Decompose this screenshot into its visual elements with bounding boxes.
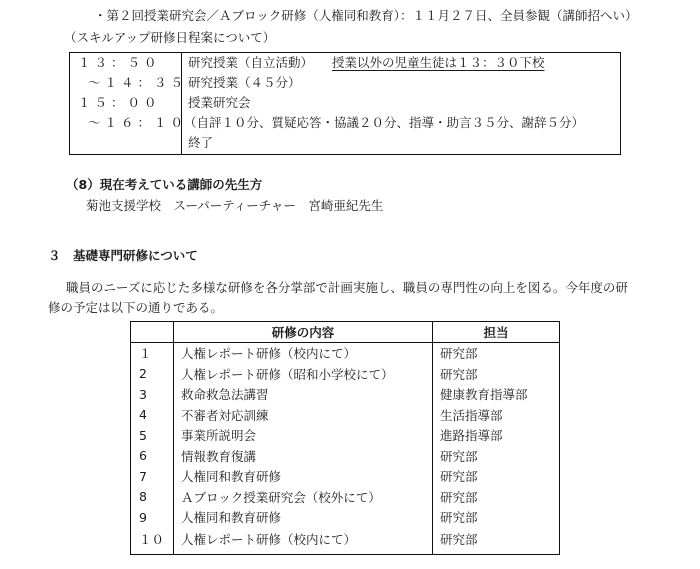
table-row: 7 人権同和教育研修 研究部 [131, 466, 560, 487]
schedule-time: ～１４：３５ [88, 77, 187, 90]
table-row: １ 人権レポート研修（校内にて） 研究部 [131, 343, 560, 364]
table-row: 9 人権同和教育研修 研究部 [131, 507, 560, 528]
row-content: 人権同和教育研修 [174, 507, 433, 528]
section-paragraph: 修の予定は以下の通りである。 [48, 302, 223, 315]
schedule-table: １３：５０ ～１４：３５ １５：００ ～１６：１０ 研究授業（自立活動） 授業以… [69, 52, 621, 155]
row-number: １ [131, 343, 174, 364]
row-content: 人権レポート研修（校内にて） [174, 528, 433, 555]
table-row: 3 救命救急法講習 健康教育指導部 [131, 384, 560, 405]
row-number: 7 [131, 466, 174, 487]
section-heading: ３ 基礎専門研修について [48, 250, 198, 263]
row-number: 6 [131, 446, 174, 467]
row-number: １０ [131, 528, 174, 555]
row-department: 研究部 [433, 343, 560, 364]
table-row: 5 事業所説明会 進路指導部 [131, 425, 560, 446]
row-department: 研究部 [433, 466, 560, 487]
section-paragraph: 職員のニーズに応じた多様な研修を各分掌部で計画実施し、職員の専門性の向上を図る。… [66, 282, 628, 295]
header-content: 研修の内容 [174, 322, 433, 343]
lecturer-heading: （8）現在考えている講師の先生方 [66, 179, 262, 192]
row-department: 研究部 [433, 487, 560, 508]
row-department: 健康教育指導部 [433, 384, 560, 405]
row-department: 研究部 [433, 528, 560, 555]
schedule-activity: （自評１０分、質疑応答・協議２０分、指導・助言３５分、謝辞５分） [184, 117, 584, 130]
header-number [131, 322, 174, 343]
row-number: 4 [131, 405, 174, 426]
row-department: 研究部 [433, 364, 560, 385]
row-content: 人権レポート研修（昭和小学校にて） [174, 364, 433, 385]
schedule-column-divider [181, 53, 182, 154]
table-row: 8 Ａブロック授業研究会（校外にて） 研究部 [131, 487, 560, 508]
row-content: 事業所説明会 [174, 425, 433, 446]
schedule-time: １５：００ [78, 97, 161, 110]
row-content: 情報教育復講 [174, 446, 433, 467]
table-row: １０ 人権レポート研修（校内にて） 研究部 [131, 528, 560, 555]
row-department: 研究部 [433, 446, 560, 467]
row-department: 研究部 [433, 507, 560, 528]
schedule-time: ～１６：１０ [88, 117, 187, 130]
intro-line: ・第２回授業研究会／Ａブロック研修（人権同和教育）：１１月２７日、全員参観（講師… [94, 10, 638, 23]
row-content: 不審者対応訓練 [174, 405, 433, 426]
schedule-time: １３：５０ [78, 57, 161, 70]
schedule-activity: 研究授業（４５分） [188, 77, 301, 90]
row-department: 進路指導部 [433, 425, 560, 446]
row-content: 人権レポート研修（校内にて） [174, 343, 433, 364]
schedule-note: 授業以外の児童生徒は１３：３０下校 [332, 57, 545, 70]
row-content: 人権同和教育研修 [174, 466, 433, 487]
row-number: 8 [131, 487, 174, 508]
header-department: 担当 [433, 322, 560, 343]
row-department: 生活指導部 [433, 405, 560, 426]
schedule-activity: 研究授業（自立活動） [188, 57, 313, 70]
lecturer-name: 菊池支援学校 スーパーティーチャー 宮崎亜紀先生 [86, 200, 383, 213]
row-content: 救命救急法講習 [174, 384, 433, 405]
schedule-activity: 授業研究会 [188, 97, 251, 110]
training-table: 研修の内容 担当 １ 人権レポート研修（校内にて） 研究部 2 人権レポート研修… [130, 321, 560, 555]
row-content: Ａブロック授業研究会（校外にて） [174, 487, 433, 508]
table-row: 6 情報教育復講 研究部 [131, 446, 560, 467]
table-header-row: 研修の内容 担当 [131, 322, 560, 343]
schedule-activity: 終了 [188, 137, 213, 150]
table-row: 2 人権レポート研修（昭和小学校にて） 研究部 [131, 364, 560, 385]
row-number: 9 [131, 507, 174, 528]
row-number: 3 [131, 384, 174, 405]
row-number: 5 [131, 425, 174, 446]
schedule-caption: （スキルアップ研修日程案について） [64, 32, 275, 45]
row-number: 2 [131, 364, 174, 385]
table-row: 4 不審者対応訓練 生活指導部 [131, 405, 560, 426]
